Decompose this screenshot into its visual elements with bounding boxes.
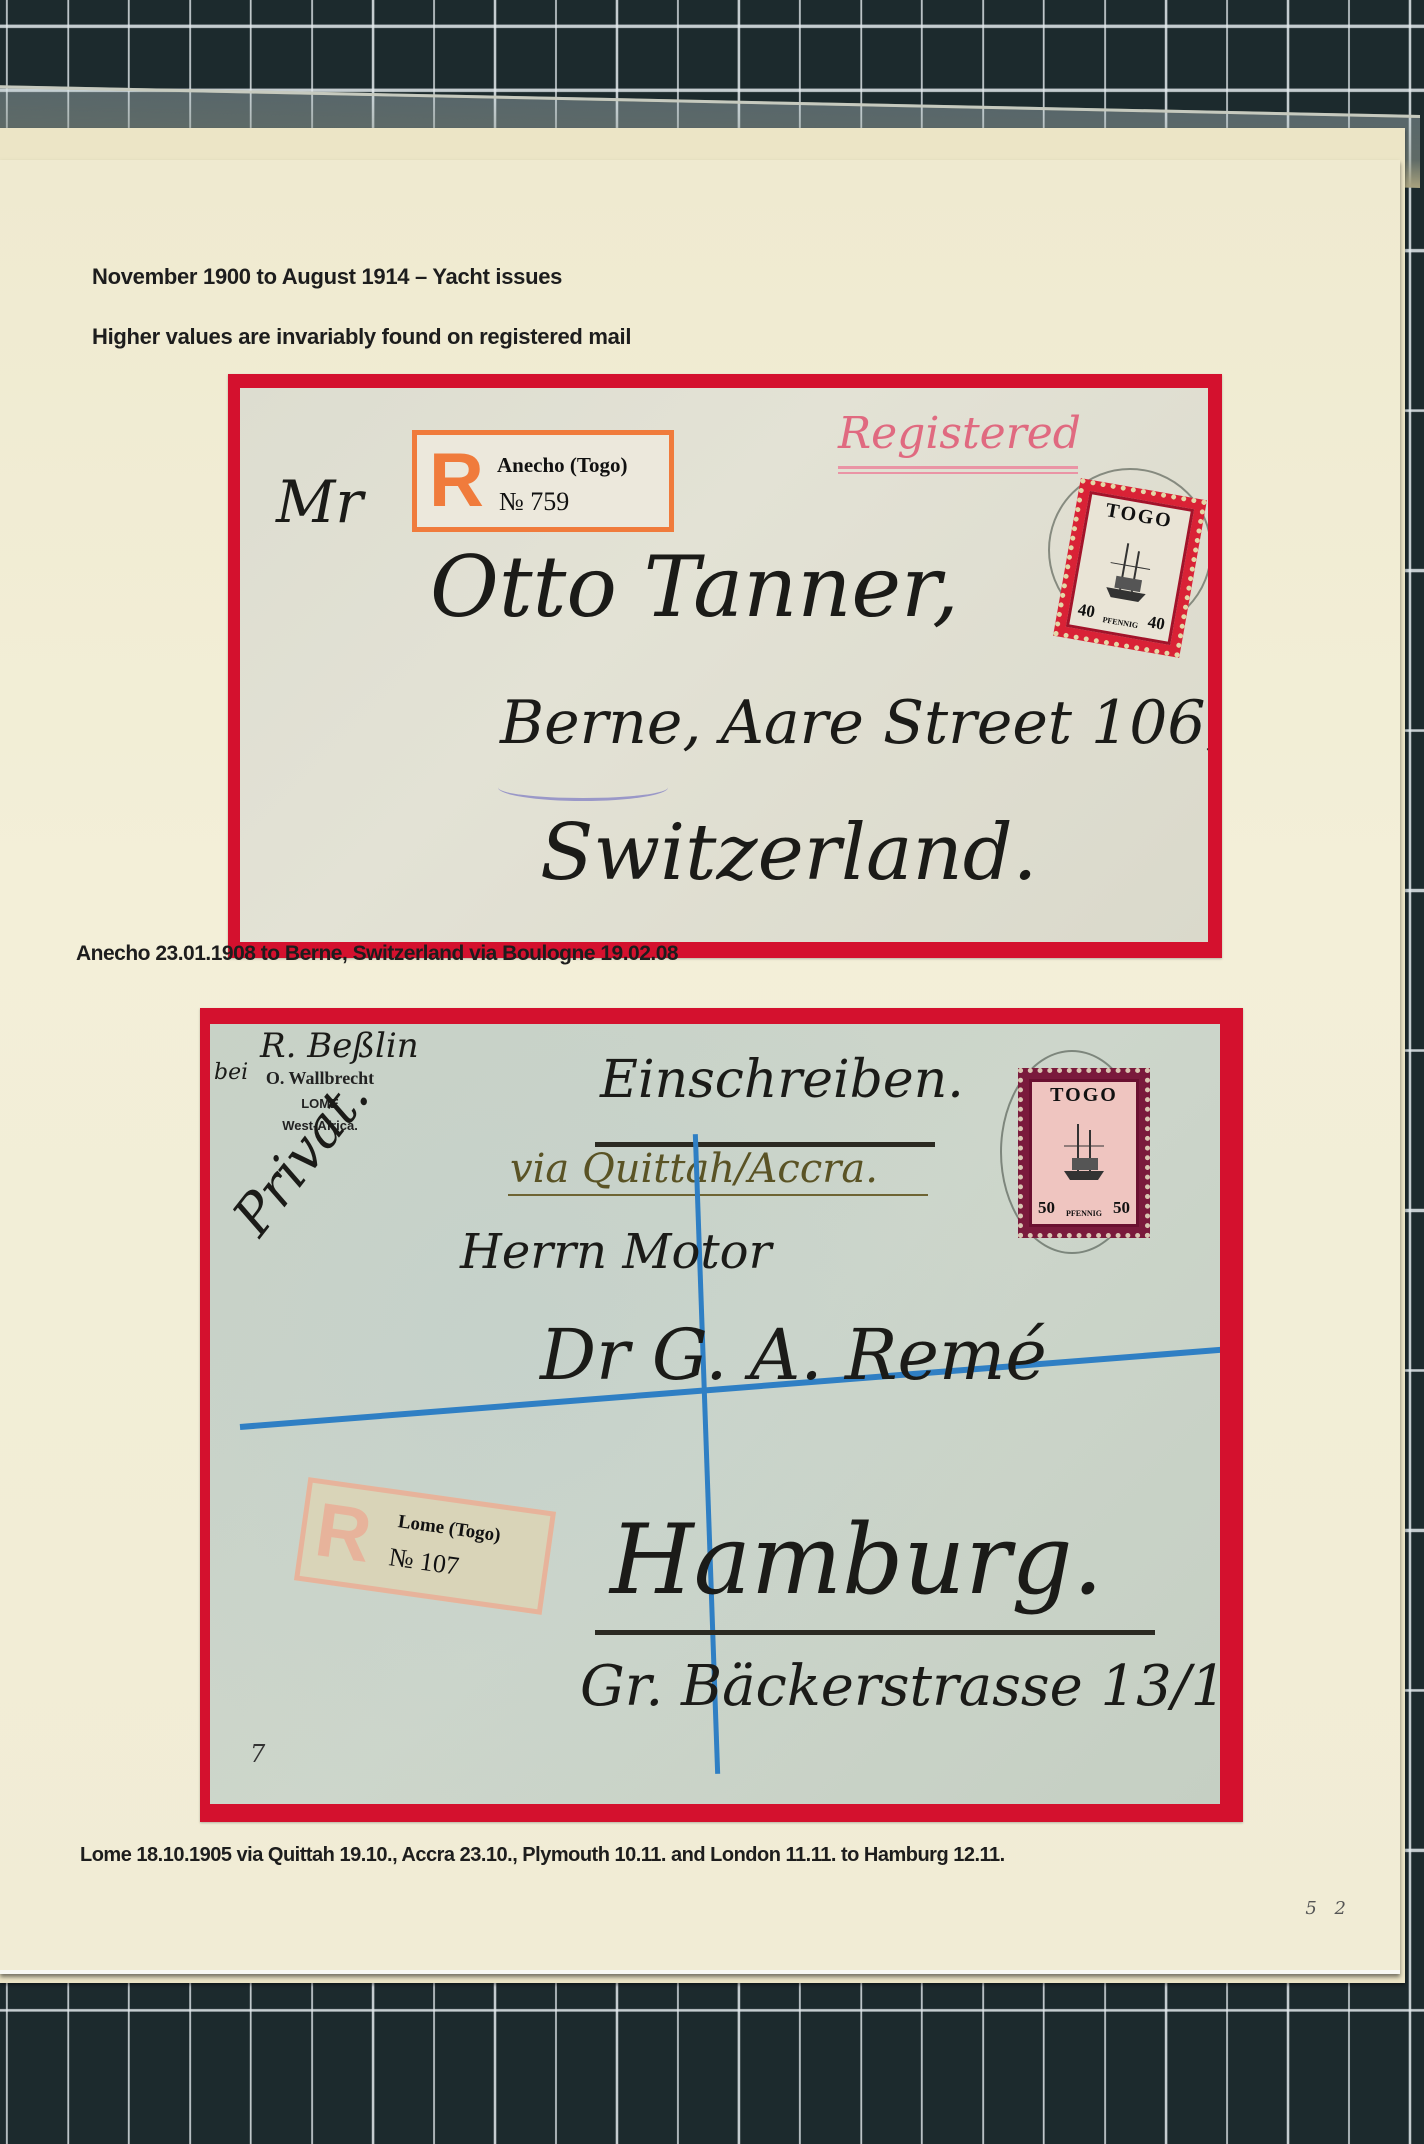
routing-underline [508,1194,928,1196]
registration-place: Lome (Togo) [397,1511,502,1547]
blue-crayon-underline [498,774,668,801]
privat-marking: Privat. [220,1066,381,1247]
address-herrn: Herrn Motor [460,1224,772,1280]
cover-2-mount: R. Beßlin bei O. Wallbrecht LOME West-Af… [200,1008,1243,1822]
stamp-country: TOGO [1088,496,1190,536]
page-heading: November 1900 to August 1914 – Yacht iss… [92,264,562,290]
city-underline [595,1630,1155,1635]
cover-1-stamp: TOGO 40 PFENNIG 40 [1053,478,1207,658]
corner-pencil-mark: 7 [250,1740,265,1768]
address-name: Otto Tanner, [430,538,959,636]
address-name: Dr G. A. Remé [540,1314,1047,1396]
stamp-country: TOGO [1032,1084,1136,1107]
handwritten-registered: Registered [838,408,1081,459]
address-city: Hamburg. [610,1504,1103,1616]
yacht-icon [1094,531,1165,610]
cover-2-caption: Lome 18.10.1905 via Quittah 19.10., Accr… [80,1844,1005,1867]
cover-1-registration-label: R Anecho (Togo) № 759 [412,430,674,532]
cover-2-envelope: R. Beßlin bei O. Wallbrecht LOME West-Af… [210,1024,1220,1804]
cover-1-mount: R Anecho (Togo) № 759 Registered TOGO [228,374,1222,958]
page-number: 5 2 [1305,1898,1352,1919]
address-country: Switzerland. [540,808,1037,898]
registration-r-letter: R [429,437,484,524]
registration-number: № 107 [387,1542,461,1581]
registered-underline [838,466,1078,469]
album-page: November 1900 to August 1914 – Yacht iss… [0,160,1400,1974]
sender-handwritten: R. Beßlin [260,1026,419,1066]
cover-2-registration-label: R Lome (Togo) № 107 [294,1477,556,1615]
registered-underline-2 [838,472,1078,474]
registration-number: № 759 [499,487,569,517]
stamp-value-right: 50 [1113,1198,1130,1218]
address-street: Berne, Aare Street 106, [500,688,1208,758]
einschreiben-marking: Einschreiben. [600,1050,964,1110]
cover-2-stamp: TOGO 50 PFENNIG 50 [1018,1068,1150,1238]
yacht-icon [1054,1116,1114,1186]
registration-place: Anecho (Togo) [497,453,627,478]
registration-r-letter: R [310,1486,376,1580]
address-street: Gr. Bäckerstrasse 13/15 I [580,1654,1220,1719]
sender-bei: bei [214,1060,248,1085]
cover-1-caption: Anecho 23.01.1908 to Berne, Switzerland … [76,942,678,966]
address-salutation: Mr [276,468,363,536]
stamp-value-right: 40 [1146,612,1166,635]
page-subheading: Higher values are invariably found on re… [92,324,631,350]
cover-1-envelope: R Anecho (Togo) № 759 Registered TOGO [240,388,1208,942]
